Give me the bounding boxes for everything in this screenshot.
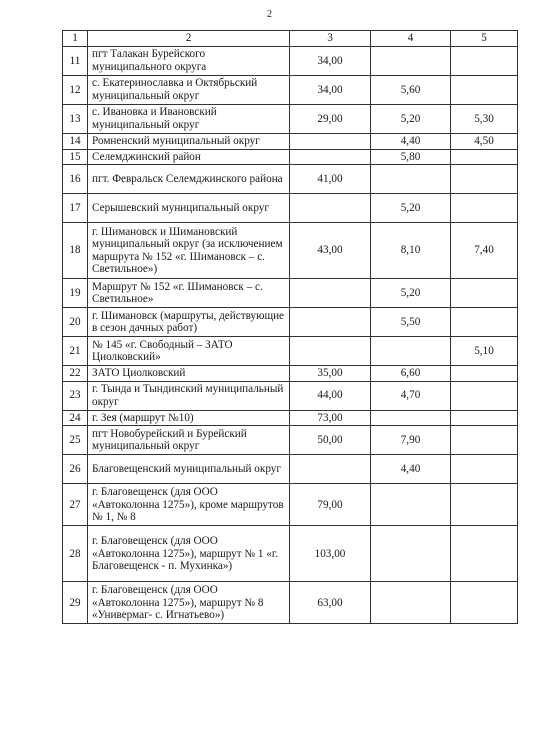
table-row: 24г. Зея (маршрут №10)73,00	[63, 410, 518, 426]
value-col3: 73,00	[290, 410, 371, 426]
table-header-row: 1 2 3 4 5	[63, 31, 518, 47]
area-name: Серышевский муниципальный округ	[88, 194, 290, 223]
row-number: 18	[63, 223, 88, 279]
value-col5	[451, 426, 518, 455]
row-number: 21	[63, 337, 88, 366]
value-col4	[371, 337, 451, 366]
column-header-1: 1	[63, 31, 88, 47]
table-row: 15Селемджинский район5,80	[63, 149, 518, 165]
area-name: пгт Талакан Бурейского муниципального ок…	[88, 47, 290, 76]
value-col5	[451, 149, 518, 165]
table-row: 23г. Тында и Тындинский муниципальный ок…	[63, 381, 518, 410]
value-col3	[290, 194, 371, 223]
area-name: пгт Новобурейский и Бурейский муниципаль…	[88, 426, 290, 455]
area-name: Благовещенский муниципальный округ	[88, 455, 290, 484]
value-col5: 4,50	[451, 134, 518, 150]
table-row: 16пгт. Февральск Селемджинского района41…	[63, 165, 518, 194]
table-row: 18г. Шимановск и Шимановский муниципальн…	[63, 223, 518, 279]
area-name: Ромненский муниципальный округ	[88, 134, 290, 150]
table-row: 17Серышевский муниципальный округ5,20	[63, 194, 518, 223]
value-col3	[290, 337, 371, 366]
value-col3: 103,00	[290, 526, 371, 582]
value-col5	[451, 47, 518, 76]
value-col5	[451, 484, 518, 526]
value-col3: 41,00	[290, 165, 371, 194]
value-col4: 6,60	[371, 366, 451, 382]
value-col3: 44,00	[290, 381, 371, 410]
value-col4: 5,20	[371, 279, 451, 308]
value-col4: 5,80	[371, 149, 451, 165]
table-row: 26Благовещенский муниципальный округ4,40	[63, 455, 518, 484]
table-body: 11пгт Талакан Бурейского муниципального …	[63, 47, 518, 624]
table-row: 28г. Благовещенск (для ООО «Автоколонна …	[63, 526, 518, 582]
table-row: 25пгт Новобурейский и Бурейский муниципа…	[63, 426, 518, 455]
row-number: 29	[63, 582, 88, 624]
table-row: 12с. Екатеринославка и Октябрьский муниц…	[63, 76, 518, 105]
row-number: 24	[63, 410, 88, 426]
row-number: 26	[63, 455, 88, 484]
value-col3: 34,00	[290, 47, 371, 76]
column-header-5: 5	[451, 31, 518, 47]
row-number: 23	[63, 381, 88, 410]
value-col5	[451, 194, 518, 223]
value-col4: 4,40	[371, 455, 451, 484]
area-name: Селемджинский район	[88, 149, 290, 165]
area-name: г. Благовещенск (для ООО «Автоколонна 12…	[88, 484, 290, 526]
value-col5	[451, 76, 518, 105]
area-name: Маршрут № 152 «г. Шимановск – с. Светиль…	[88, 279, 290, 308]
row-number: 11	[63, 47, 88, 76]
value-col5	[451, 582, 518, 624]
value-col3	[290, 134, 371, 150]
value-col3: 43,00	[290, 223, 371, 279]
area-name: пгт. Февральск Селемджинского района	[88, 165, 290, 194]
area-name: г. Шимановск и Шимановский муниципальный…	[88, 223, 290, 279]
area-name: № 145 «г. Свободный – ЗАТО Циолковский»	[88, 337, 290, 366]
value-col3	[290, 279, 371, 308]
value-col4	[371, 484, 451, 526]
value-col4: 5,20	[371, 194, 451, 223]
value-col3: 34,00	[290, 76, 371, 105]
value-col3	[290, 455, 371, 484]
value-col4: 8,10	[371, 223, 451, 279]
column-header-3: 3	[290, 31, 371, 47]
value-col4: 4,70	[371, 381, 451, 410]
table-row: 11пгт Талакан Бурейского муниципального …	[63, 47, 518, 76]
area-name: г. Благовещенск (для ООО «Автоколонна 12…	[88, 526, 290, 582]
page-number: 2	[0, 9, 539, 20]
value-col3	[290, 308, 371, 337]
value-col4: 5,20	[371, 105, 451, 134]
column-header-2: 2	[88, 31, 290, 47]
value-col5: 5,30	[451, 105, 518, 134]
value-col4: 7,90	[371, 426, 451, 455]
value-col3	[290, 149, 371, 165]
value-col4	[371, 47, 451, 76]
tariff-table: 1 2 3 4 5 11пгт Талакан Бурейского муниц…	[62, 30, 518, 624]
value-col5	[451, 366, 518, 382]
table-row: 21№ 145 «г. Свободный – ЗАТО Циолковский…	[63, 337, 518, 366]
value-col5: 5,10	[451, 337, 518, 366]
row-number: 16	[63, 165, 88, 194]
row-number: 14	[63, 134, 88, 150]
row-number: 15	[63, 149, 88, 165]
table-row: 13с. Ивановка и Ивановский муниципальный…	[63, 105, 518, 134]
value-col4	[371, 526, 451, 582]
row-number: 28	[63, 526, 88, 582]
value-col3: 79,00	[290, 484, 371, 526]
value-col5	[451, 279, 518, 308]
area-name: г. Шимановск (маршруты, действующие в се…	[88, 308, 290, 337]
value-col5: 7,40	[451, 223, 518, 279]
table-row: 14Ромненский муниципальный округ4,404,50	[63, 134, 518, 150]
value-col5	[451, 308, 518, 337]
value-col3: 63,00	[290, 582, 371, 624]
value-col5	[451, 526, 518, 582]
row-number: 13	[63, 105, 88, 134]
value-col4	[371, 410, 451, 426]
value-col4: 5,50	[371, 308, 451, 337]
row-number: 12	[63, 76, 88, 105]
row-number: 20	[63, 308, 88, 337]
table-row: 22ЗАТО Циолковский35,006,60	[63, 366, 518, 382]
value-col4: 4,40	[371, 134, 451, 150]
value-col3: 35,00	[290, 366, 371, 382]
table-row: 20г. Шимановск (маршруты, действующие в …	[63, 308, 518, 337]
area-name: г. Тында и Тындинский муниципальный окру…	[88, 381, 290, 410]
column-header-4: 4	[371, 31, 451, 47]
value-col3: 50,00	[290, 426, 371, 455]
value-col5	[451, 455, 518, 484]
area-name: г. Благовещенск (для ООО «Автоколонна 12…	[88, 582, 290, 624]
row-number: 27	[63, 484, 88, 526]
row-number: 22	[63, 366, 88, 382]
value-col5	[451, 410, 518, 426]
value-col4: 5,60	[371, 76, 451, 105]
area-name: г. Зея (маршрут №10)	[88, 410, 290, 426]
table-row: 19Маршрут № 152 «г. Шимановск – с. Свети…	[63, 279, 518, 308]
value-col5	[451, 381, 518, 410]
row-number: 17	[63, 194, 88, 223]
table-row: 27г. Благовещенск (для ООО «Автоколонна …	[63, 484, 518, 526]
area-name: ЗАТО Циолковский	[88, 366, 290, 382]
value-col5	[451, 165, 518, 194]
area-name: с. Ивановка и Ивановский муниципальный о…	[88, 105, 290, 134]
row-number: 19	[63, 279, 88, 308]
value-col3: 29,00	[290, 105, 371, 134]
table-row: 29г. Благовещенск (для ООО «Автоколонна …	[63, 582, 518, 624]
row-number: 25	[63, 426, 88, 455]
area-name: с. Екатеринославка и Октябрьский муницип…	[88, 76, 290, 105]
value-col4	[371, 582, 451, 624]
value-col4	[371, 165, 451, 194]
